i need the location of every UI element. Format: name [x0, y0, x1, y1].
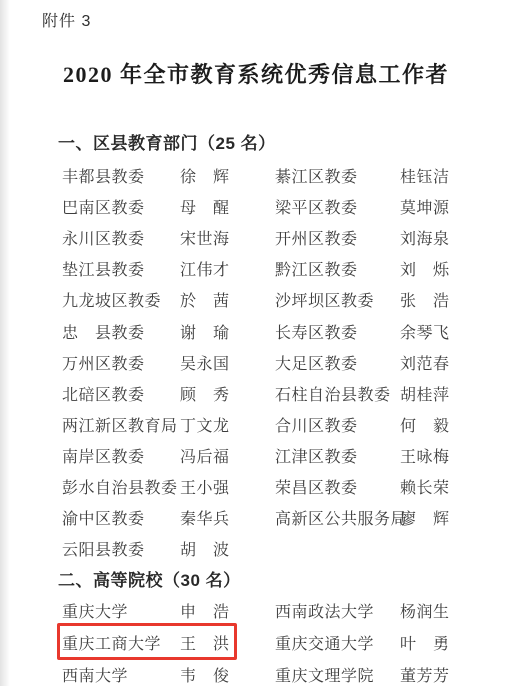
- name-cell: 叶 勇: [400, 631, 512, 654]
- org-cell: 九龙坡区教委: [62, 288, 180, 311]
- table-row: 南岸区教委冯后福江津区教委王咏梅: [0, 440, 512, 471]
- org-cell: 万州区教委: [62, 351, 180, 374]
- name-cell: 刘海泉: [400, 226, 512, 249]
- name-cell: 王咏梅: [400, 444, 512, 467]
- table-row: 丰都县教委徐 辉綦江区教委桂钰洁: [0, 160, 512, 191]
- name-cell: 宋世海: [180, 226, 275, 249]
- org-cell: 西南大学: [62, 663, 180, 686]
- table-row: 两江新区教育局丁文龙合川区教委何 毅: [0, 409, 512, 440]
- org-cell: 石柱自治县教委: [275, 382, 400, 405]
- org-cell: 重庆交通大学: [275, 631, 400, 654]
- org-cell: 两江新区教育局: [62, 413, 180, 436]
- table-row: 忠 县教委谢 瑜长寿区教委余琴飞: [0, 315, 512, 346]
- name-cell: 赖长荣: [400, 475, 512, 498]
- org-cell: 合川区教委: [275, 413, 400, 436]
- org-cell: 荣昌区教委: [275, 475, 400, 498]
- table-row: 九龙坡区教委於 茜沙坪坝区教委张 浩: [0, 284, 512, 315]
- name-cell: 徐 辉: [180, 164, 275, 187]
- org-cell: 江津区教委: [275, 444, 400, 467]
- org-cell: 西南政法大学: [275, 599, 400, 622]
- org-cell: 重庆文理学院: [275, 663, 400, 686]
- org-cell: 彭水自治县教委: [62, 475, 180, 498]
- attachment-label: 附件 3: [42, 8, 91, 31]
- name-cell: 韦 俊: [180, 663, 275, 686]
- org-cell: 长寿区教委: [275, 320, 400, 343]
- table-row: 西南大学韦 俊重庆文理学院董芳芳: [0, 658, 512, 686]
- org-cell: 北碚区教委: [62, 382, 180, 405]
- org-cell: 渝中区教委: [62, 506, 180, 529]
- org-cell: 垫江县教委: [62, 257, 180, 280]
- name-cell: 王 洪: [180, 631, 275, 654]
- org-cell: 云阳县教委: [62, 537, 180, 560]
- name-cell: 胡 波: [180, 537, 275, 560]
- page-title: 2020 年全市教育系统优秀信息工作者: [0, 58, 512, 89]
- org-cell: 高新区公共服务局: [275, 506, 400, 529]
- section-1-table: 丰都县教委徐 辉綦江区教委桂钰洁 巴南区教委母 醒梁平区教委莫坤源 永川区教委宋…: [0, 160, 512, 564]
- name-cell: 桂钰洁: [400, 164, 512, 187]
- table-row: 万州区教委吴永国大足区教委刘范春: [0, 347, 512, 378]
- table-row: 永川区教委宋世海开州区教委刘海泉: [0, 222, 512, 253]
- org-cell: 綦江区教委: [275, 164, 400, 187]
- org-cell: 永川区教委: [62, 226, 180, 249]
- name-cell: 秦华兵: [180, 506, 275, 529]
- table-row: 渝中区教委秦华兵高新区公共服务局廖 辉: [0, 502, 512, 533]
- name-cell: 吴永国: [180, 351, 275, 374]
- section-2-heading: 二、高等院校（30 名）: [58, 566, 241, 591]
- name-cell: 莫坤源: [400, 195, 512, 218]
- name-cell: 廖 辉: [400, 506, 512, 529]
- org-cell: 开州区教委: [275, 226, 400, 249]
- name-cell: 董芳芳: [400, 663, 512, 686]
- name-cell: 余琴飞: [400, 320, 512, 343]
- org-cell: 重庆工商大学: [62, 631, 180, 654]
- table-row: 巴南区教委母 醒梁平区教委莫坤源: [0, 191, 512, 222]
- name-cell: 张 浩: [400, 288, 512, 311]
- org-cell: 丰都县教委: [62, 164, 180, 187]
- org-cell: 南岸区教委: [62, 444, 180, 467]
- table-row: 垫江县教委江伟才黔江区教委刘 烁: [0, 253, 512, 284]
- org-cell: 重庆大学: [62, 599, 180, 622]
- name-cell: 何 毅: [400, 413, 512, 436]
- name-cell: 江伟才: [180, 257, 275, 280]
- name-cell: 冯后福: [180, 444, 275, 467]
- document-page: 附件 3 2020 年全市教育系统优秀信息工作者 一、区县教育部门（25 名） …: [0, 0, 512, 686]
- name-cell: 胡桂萍: [400, 382, 512, 405]
- table-row: 云阳县教委胡 波: [0, 533, 512, 564]
- name-cell: 谢 瑜: [180, 320, 275, 343]
- name-cell: 申 浩: [180, 599, 275, 622]
- section-1-heading: 一、区县教育部门（25 名）: [58, 129, 276, 154]
- org-cell: 巴南区教委: [62, 195, 180, 218]
- org-cell: 梁平区教委: [275, 195, 400, 218]
- name-cell: 王小强: [180, 475, 275, 498]
- name-cell: 於 茜: [180, 288, 275, 311]
- table-row: 重庆大学申 浩西南政法大学杨润生: [0, 594, 512, 626]
- org-cell: 黔江区教委: [275, 257, 400, 280]
- name-cell: 母 醒: [180, 195, 275, 218]
- section-2-table: 重庆大学申 浩西南政法大学杨润生 重庆工商大学王 洪重庆交通大学叶 勇 西南大学…: [0, 594, 512, 686]
- name-cell: 杨润生: [400, 599, 512, 622]
- name-cell: 刘 烁: [400, 257, 512, 280]
- org-cell: 忠 县教委: [62, 320, 180, 343]
- name-cell: 丁文龙: [180, 413, 275, 436]
- org-cell: 沙坪坝区教委: [275, 288, 400, 311]
- table-row: 北碚区教委顾 秀石柱自治县教委胡桂萍: [0, 378, 512, 409]
- name-cell: 顾 秀: [180, 382, 275, 405]
- name-cell: 刘范春: [400, 351, 512, 374]
- table-row: 彭水自治县教委王小强荣昌区教委赖长荣: [0, 471, 512, 502]
- org-cell: 大足区教委: [275, 351, 400, 374]
- table-row-highlighted: 重庆工商大学王 洪重庆交通大学叶 勇: [0, 626, 512, 658]
